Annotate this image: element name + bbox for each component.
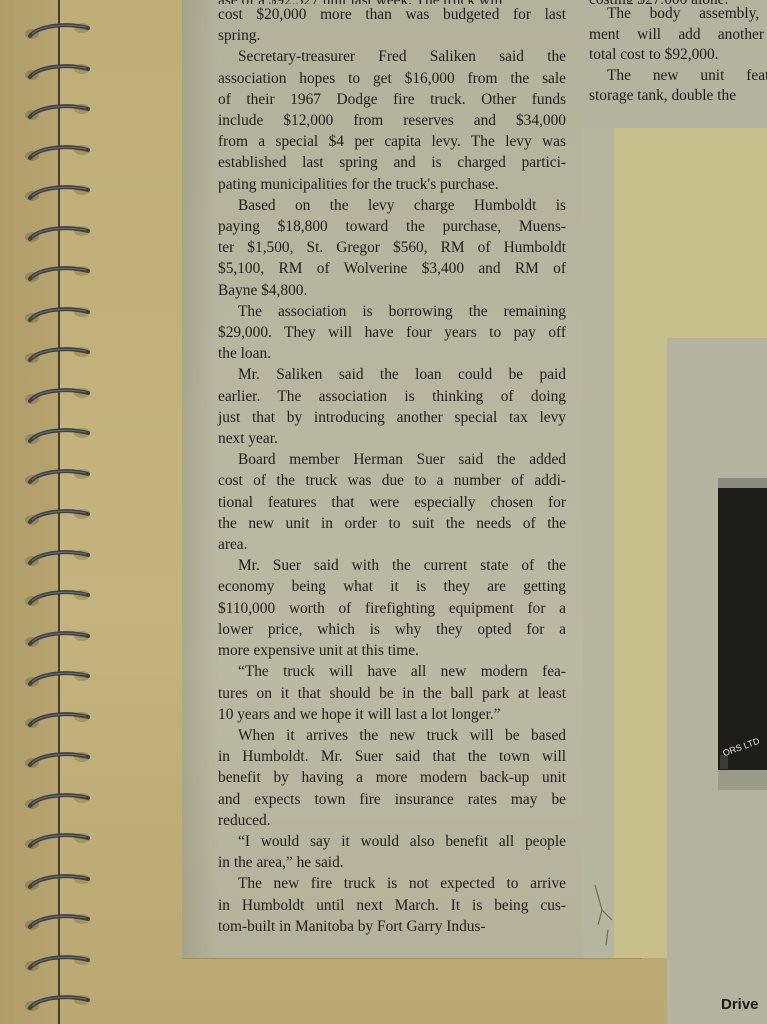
text-line: The new unit feature	[589, 66, 767, 87]
text-line: lower price, which is why they opted for…	[218, 619, 566, 640]
text-line: include $12,000 from reserves and $34,00…	[218, 110, 566, 131]
text-line: association hopes to get $16,000 from th…	[218, 68, 566, 89]
text-line: benefit by having a more modern back-up …	[218, 767, 566, 788]
text-line: The association is borrowing the remaini…	[218, 301, 566, 322]
text-line: The body assembly, ta	[589, 4, 767, 25]
spiral-ring	[20, 711, 90, 729]
spiral-ring	[20, 954, 90, 972]
text-line: total cost to $92,000.	[589, 45, 767, 66]
text-line: tom-built in Manitoba by Fort Garry Indu…	[218, 916, 566, 937]
text-line: tional features that were especially cho…	[218, 492, 566, 513]
text-line: $29,000. They will have four years to pa…	[218, 322, 566, 343]
text-line: Based on the levy charge Humboldt is	[218, 195, 566, 216]
text-line: of their 1967 Dodge fire truck. Other fu…	[218, 89, 566, 110]
clipping-strip	[582, 128, 616, 958]
text-line: Mr. Suer said with the current state of …	[218, 555, 566, 576]
text-line: in Humboldt. Mr. Suer said that the town…	[218, 746, 566, 767]
text-line: Board member Herman Suer said the added	[218, 449, 566, 470]
spiral-ring	[20, 751, 90, 769]
spiral-ring	[20, 22, 90, 40]
spiral-ring	[20, 184, 90, 202]
photo-lower-area	[718, 770, 767, 790]
text-line: next year.	[218, 428, 566, 449]
text-line: ter $1,500, St. Gregor $560, RM of Humbo…	[218, 237, 566, 258]
paragraph: The association is borrowing the remaini…	[218, 301, 566, 365]
newspaper-photo	[718, 480, 767, 770]
pencil-mark	[590, 880, 620, 950]
paragraph: Based on the levy charge Humboldt ispayi…	[218, 195, 566, 301]
spiral-ring	[20, 589, 90, 607]
spiral-ring	[20, 873, 90, 891]
spiral-ring	[20, 832, 90, 850]
spiral-ring	[20, 265, 90, 283]
spiral-ring	[20, 427, 90, 445]
paragraph: The body assembly, tament will add anoth…	[589, 4, 767, 66]
caption-clipping	[667, 958, 767, 1024]
text-line: “The truck will have all new modern fea-	[218, 661, 566, 682]
text-line: 10 years and we hope it will last a lot …	[218, 704, 566, 725]
text-line: earlier. The association is thinking of …	[218, 386, 566, 407]
text-line: in Humboldt until next March. It is bein…	[218, 895, 566, 916]
text-line: reduced.	[218, 810, 566, 831]
paragraph: “I would say it would also benefit all p…	[218, 831, 566, 873]
spiral-ring	[20, 508, 90, 526]
article-right-column: costing $27,000 alone. The body assembly…	[589, 0, 767, 107]
paragraph: Board member Herman Suer said the addedc…	[218, 449, 566, 555]
text-line: paying $18,800 toward the purchase, Muen…	[218, 216, 566, 237]
paragraph: Mr. Suer said with the current state of …	[218, 555, 566, 661]
paragraph: cost $20,000 more than was budgeted for …	[218, 4, 566, 46]
text-line: established last spring and is charged p…	[218, 152, 566, 173]
paragraph: The new fire truck is not expected to ar…	[218, 873, 566, 937]
paragraph: The new unit featurestorage tank, double…	[589, 66, 767, 107]
spiral-ring	[20, 387, 90, 405]
spiral-ring	[20, 225, 90, 243]
spiral-ring	[20, 913, 90, 931]
text-line: and expects town fire insurance rates ma…	[218, 789, 566, 810]
spiral-ring	[20, 670, 90, 688]
text-line: from a special $4 per capita levy. The l…	[218, 131, 566, 152]
spiral-ring	[20, 792, 90, 810]
spiral-ring	[20, 549, 90, 567]
text-line: The new fire truck is not expected to ar…	[218, 873, 566, 894]
text-line: economy being what it is they are gettin…	[218, 576, 566, 597]
spiral-ring	[20, 144, 90, 162]
spiral-ring	[20, 630, 90, 648]
spiral-ring	[20, 468, 90, 486]
text-line: just that by introducing another special…	[218, 407, 566, 428]
paragraph: “The truck will have all new modern fea-…	[218, 661, 566, 725]
spiral-ring	[20, 346, 90, 364]
text-line: area.	[218, 534, 566, 555]
spiral-ring	[20, 306, 90, 324]
text-line: pating municipalities for the truck's pu…	[218, 174, 566, 195]
text-line: When it arrives the new truck will be ba…	[218, 725, 566, 746]
text-line: Mr. Saliken said the loan could be paid	[218, 364, 566, 385]
text-line: $5,100, RM of Wolverine $3,400 and RM of	[218, 258, 566, 279]
text-line: Secretary-treasurer Fred Saliken said th…	[218, 46, 566, 67]
text-line: “I would say it would also benefit all p…	[218, 831, 566, 852]
text-line: more expensive unit at this time.	[218, 640, 566, 661]
text-line: Bayne $4,800.	[218, 280, 566, 301]
text-line: the new unit in order to suit the needs …	[218, 513, 566, 534]
paragraph: When it arrives the new truck will be ba…	[218, 725, 566, 831]
paragraph: Secretary-treasurer Fred Saliken said th…	[218, 46, 566, 194]
spiral-ring	[20, 103, 90, 121]
spiral-ring	[20, 63, 90, 81]
text-line: tures on it that should be in the ball p…	[218, 683, 566, 704]
text-line: cost $20,000 more than was budgeted for …	[218, 4, 566, 25]
text-line: cost of the truck was due to a number of…	[218, 470, 566, 491]
text-line: in the area,” he said.	[218, 852, 566, 873]
text-line: storage tank, double the	[589, 86, 767, 107]
text-line: $110,000 worth of firefighting equipment…	[218, 598, 566, 619]
text-line: the loan.	[218, 343, 566, 364]
spiral-ring	[20, 994, 90, 1012]
text-line: ment will add another $	[589, 25, 767, 46]
text-line: spring.	[218, 25, 566, 46]
article-main-column: ase of a $92,527 unit last week. The tru…	[218, 0, 566, 937]
paragraph: Mr. Saliken said the loan could be paide…	[218, 364, 566, 449]
photo-caption: Drive	[721, 996, 759, 1013]
